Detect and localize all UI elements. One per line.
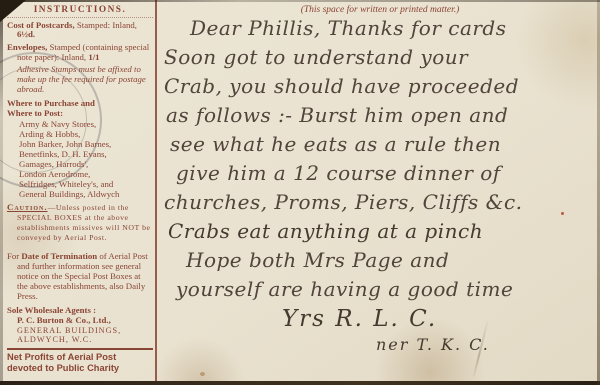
- message-line: give him a 12 course dinner of: [164, 161, 598, 190]
- card-edge-bottom: [0, 381, 600, 385]
- card-edge-top: [0, 0, 600, 2]
- caution-label: Caution.: [7, 202, 48, 212]
- store-list: Army & Navy Stores, Arding & Hobbs, John…: [19, 120, 153, 200]
- message-line: Crabs eat anything at a pinch: [164, 219, 598, 248]
- card-edge-left: [0, 0, 3, 385]
- message-line: churches, Proms, Piers, Cliffs &c.: [164, 190, 598, 219]
- space-for-writing-note: (This space for written or printed matte…: [162, 5, 598, 15]
- caution-paragraph: Caution.—Unless posted in the SPECIAL BO…: [7, 203, 153, 243]
- message-line: yourself are having a good time: [164, 277, 598, 306]
- termination-paragraph: For Date of Termination of Aerial Post a…: [7, 252, 153, 302]
- where-heading-line2: Where to Post:: [7, 109, 153, 119]
- message-line: Hope both Mrs Page and: [164, 248, 598, 277]
- divider-line: [155, 0, 157, 385]
- termination-label: Date of Termination: [21, 251, 97, 261]
- message-line: as follows :- Burst him open and: [164, 103, 598, 132]
- signature-initials-line: ner T. K. C.: [164, 335, 598, 364]
- instructions-title: INSTRUCTIONS.: [7, 5, 153, 18]
- cost-paragraph: Cost of Postcards, Stamped: Inland, 6½d.: [7, 21, 153, 41]
- cost-price: 6½d.: [17, 29, 35, 39]
- message-line: Soon got to understand your: [164, 45, 598, 74]
- postcard: LONDON INSTRUCTIONS. Cost of Postcards, …: [0, 0, 600, 385]
- termination-pre: For: [7, 251, 21, 261]
- message-line: Dear Phillis, Thanks for cards: [164, 16, 598, 45]
- worn-corner-top-left: [0, 0, 26, 22]
- message-line: see what he eats as a rule then: [164, 132, 598, 161]
- instructions-panel: INSTRUCTIONS. Cost of Postcards, Stamped…: [7, 5, 153, 374]
- agents-address-line2: ALDWYCH, W.C.: [17, 335, 153, 344]
- handwritten-message: Dear Phillis, Thanks for cards Soon got …: [164, 16, 598, 364]
- message-panel: (This space for written or printed matte…: [162, 0, 598, 385]
- envelopes-label: Envelopes,: [7, 42, 47, 52]
- ink-speck: [561, 212, 564, 215]
- charity-footer: Net Profits of Aerial Post devoted to Pu…: [7, 348, 153, 374]
- agents-name: P. C. Burton & Co., Ltd.,: [17, 316, 153, 326]
- agents-address-line1: GENERAL BUILDINGS,: [17, 326, 153, 335]
- adhesive-stamps-note: Adhesive Stamps must be affixed to make …: [17, 65, 153, 95]
- cost-text: Stamped: Inland,: [75, 20, 137, 30]
- agents-block: Sole Wholesale Agents : P. C. Burton & C…: [7, 306, 153, 344]
- store-item: Selfridges, Whiteley's, and: [19, 180, 153, 190]
- message-line: Crab, you should have proceeded: [164, 74, 598, 103]
- envelopes-paragraph: Envelopes, Stamped (containing special n…: [7, 43, 153, 63]
- signature-line: Yrs R. L. C.: [164, 306, 598, 335]
- stain-speck: [200, 372, 205, 376]
- store-item: General Buildings, Aldwych: [19, 190, 153, 200]
- envelopes-price: 1/1: [88, 52, 99, 62]
